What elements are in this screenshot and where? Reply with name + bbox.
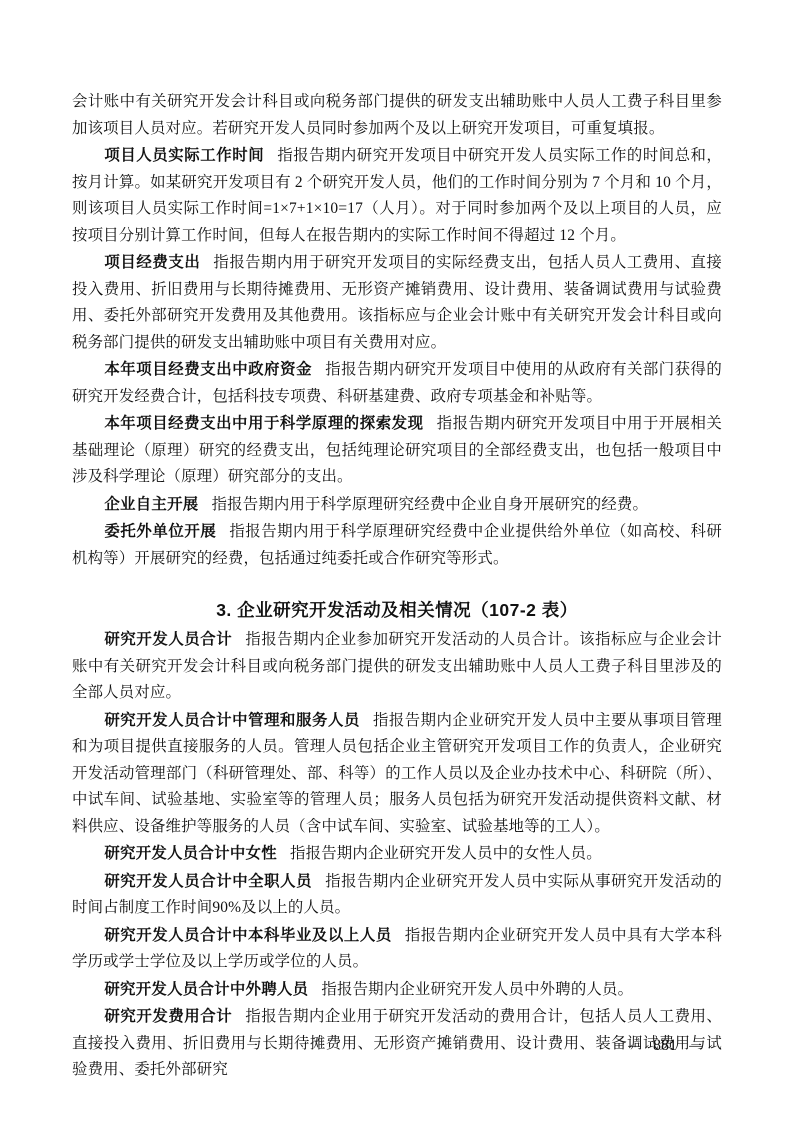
definition-text: 指报告期内用于科学原理研究经费中企业自身开展研究的经费。 — [212, 496, 649, 513]
definition-term: 本年项目经费支出中政府资金 — [104, 361, 312, 378]
page-content: 会计账中有关研究开发会计科目或向税务部门提供的研发支出辅助账中人员人工费子科目里… — [72, 88, 722, 1085]
definition-term: 研究开发人员合计 — [104, 631, 232, 648]
definition-paragraph: 本年项目经费支出中用于科学原理的探索发现指报告期内研究开发项目中用于开展相关基础… — [72, 411, 722, 491]
definition-paragraph: 研究开发费用合计指报告期内企业用于研究开发活动的费用合计，包括人员人工费用、直接… — [72, 1004, 722, 1084]
definition-term: 委托外单位开展 — [104, 523, 216, 540]
definition-paragraph: 本年项目经费支出中政府资金指报告期内研究开发项目中使用的从政府有关部门获得的研究… — [72, 357, 722, 410]
definition-term: 企业自主开展 — [104, 496, 198, 513]
definition-paragraph: 项目经费支出指报告期内用于研究开发项目的实际经费支出，包括人员人工费用、直接投入… — [72, 250, 722, 356]
definition-paragraph: 研究开发人员合计中本科毕业及以上人员指报告期内企业研究开发人员中具有大学本科学历… — [72, 923, 722, 976]
definition-text: 指报告期内企业研究开发人员中的女性人员。 — [290, 845, 602, 862]
paragraph-text: 会计账中有关研究开发会计科目或向税务部门提供的研发支出辅助账中人员人工费子科目里… — [72, 93, 722, 137]
definition-paragraph: 项目人员实际工作时间指报告期内研究开发项目中研究开发人员实际工作的时间总和，按月… — [72, 143, 722, 249]
definition-term: 研究开发人员合计中全职人员 — [104, 873, 312, 890]
page-footer: — 881 — — [627, 1036, 703, 1056]
page-number: 881 — [653, 1036, 677, 1056]
section-heading: 3. 企业研究开发活动及相关情况（107-2 表） — [72, 597, 722, 624]
lead-paragraph: 会计账中有关研究开发会计科目或向税务部门提供的研发支出辅助账中人员人工费子科目里… — [72, 89, 722, 142]
definition-paragraph: 企业自主开展指报告期内用于科学原理研究经费中企业自身开展研究的经费。 — [72, 492, 722, 519]
definition-paragraph: 研究开发人员合计中外聘人员指报告期内企业研究开发人员中外聘的人员。 — [72, 977, 722, 1004]
definition-term: 研究开发人员合计中女性 — [104, 845, 277, 862]
footer-dash-right: — — [689, 1036, 702, 1056]
definition-paragraph: 研究开发人员合计中管理和服务人员指报告期内企业研究开发人员中主要从事项目管理和为… — [72, 708, 722, 841]
definition-paragraph: 研究开发人员合计中女性指报告期内企业研究开发人员中的女性人员。 — [72, 841, 722, 868]
definition-text: 指报告期内企业研究开发人员中外聘的人员。 — [321, 981, 633, 998]
definition-term: 本年项目经费支出中用于科学原理的探索发现 — [104, 415, 423, 432]
definition-term: 研究开发人员合计中本科毕业及以上人员 — [104, 927, 391, 944]
definition-text: 指报告期内企业研究开发人员中主要从事项目管理和为项目提供直接服务的人员。管理人员… — [72, 712, 722, 835]
definition-term: 研究开发人员合计中外聘人员 — [104, 981, 308, 998]
footer-dash-left: — — [628, 1036, 641, 1056]
definition-paragraph: 研究开发人员合计指报告期内企业参加研究开发活动的人员合计。该指标应与企业会计账中… — [72, 627, 722, 707]
definition-paragraph: 委托外单位开展指报告期内用于科学原理研究经费中企业提供给外单位（如高校、科研机构… — [72, 519, 722, 572]
definition-term: 研究开发人员合计中管理和服务人员 — [104, 712, 360, 729]
definition-term: 项目经费支出 — [104, 254, 200, 271]
document-page: 会计账中有关研究开发会计科目或向税务部门提供的研发支出辅助账中人员人工费子科目里… — [0, 0, 793, 1122]
definition-term: 研究开发费用合计 — [104, 1008, 232, 1025]
definition-term: 项目人员实际工作时间 — [104, 147, 264, 164]
definition-paragraph: 研究开发人员合计中全职人员指报告期内企业研究开发人员中实际从事研究开发活动的时间… — [72, 869, 722, 922]
